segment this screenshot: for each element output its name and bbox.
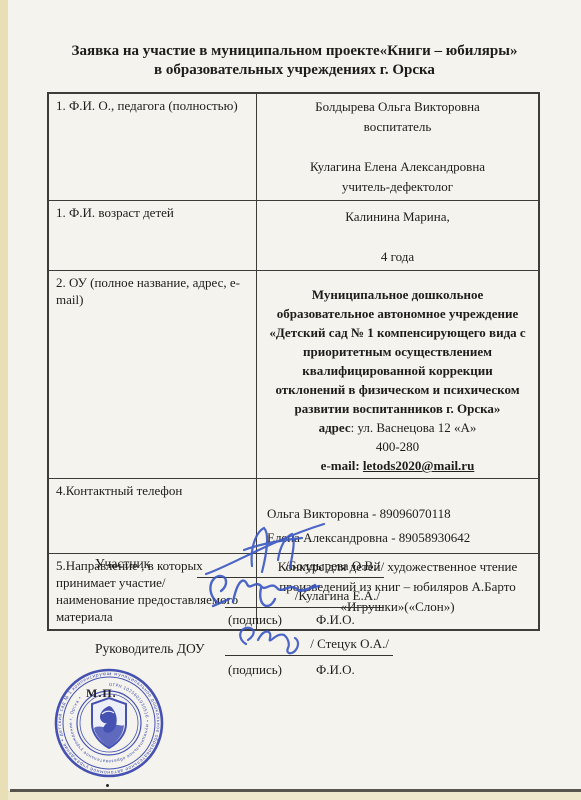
institution-phone: 400-280	[267, 437, 528, 456]
email-address: letods2020@mail.ru	[363, 458, 474, 473]
document-title: Заявка на участие в муниципальном проект…	[8, 42, 581, 80]
pedagog-name-2: Кулагина Елена Александровна	[267, 157, 528, 177]
director-label: Руководитель ДОУ	[95, 641, 205, 657]
institution-name: Муниципальное дошкольное образовательное…	[267, 285, 528, 418]
fio-label-2: Ф.И.О.	[316, 662, 355, 678]
ink-dot	[106, 784, 109, 787]
official-round-stamp: • муниципальное дошкольное образовательн…	[50, 664, 168, 782]
blank-line	[267, 137, 528, 157]
title-line-1: Заявка на участие в муниципальном проект…	[8, 42, 581, 61]
participant-signature-line-2: /Кулагина Е.А./	[225, 588, 384, 608]
pedagog-role-2: учитель-дефектолог	[267, 177, 528, 197]
row-label-pedagog: 1. Ф.И. О., педагога (полностью)	[49, 94, 257, 200]
participant1-name: /Болдырева О.В./	[285, 558, 380, 573]
row-label-children: 1. Ф.И. возраст детей	[49, 201, 257, 270]
row-value-institution: Муниципальное дошкольное образовательное…	[257, 271, 538, 478]
application-table: 1. Ф.И. О., педагога (полностью) Болдыре…	[47, 92, 540, 631]
participant2-name: /Кулагина Е.А./	[295, 588, 380, 603]
title-line-2: в образовательных учреждениях г. Орска	[8, 61, 581, 80]
table-row-children: 1. Ф.И. возраст детей Калинина Марина, 4…	[49, 201, 538, 271]
director-name: / Стецук О.А./	[310, 636, 389, 651]
participant-label: Участник	[95, 556, 150, 572]
fio-label-1: Ф.И.О.	[316, 612, 355, 628]
podpis-label-2: (подпись)	[228, 662, 282, 678]
contact-phone-2: Елена Александровна - 89058930642	[267, 526, 528, 550]
row-value-phone: Ольга Викторовна - 89096070118 Елена Але…	[257, 479, 538, 553]
pedagog-role-1: воспитатель	[267, 117, 528, 137]
row-value-children: Калинина Марина, 4 года	[257, 201, 538, 270]
child-age: 4 года	[267, 247, 528, 267]
row-label-institution: 2. ОУ (полное название, адрес, e-mail)	[49, 271, 257, 478]
director-signature-line: / Стецук О.А./	[225, 636, 393, 656]
mp-place-of-seal-label: М.П.	[86, 686, 117, 701]
table-row-institution: 2. ОУ (полное название, адрес, e-mail) М…	[49, 271, 538, 479]
scanned-application-document: { "title": { "line1": "Заявка на участие…	[0, 0, 581, 800]
pedagog-name-1: Болдырева Ольга Викторовна	[267, 97, 528, 117]
scanner-background	[8, 792, 581, 800]
contact-phone-1: Ольга Викторовна - 89096070118	[267, 502, 528, 526]
institution-email: e-mail: letods2020@mail.ru	[267, 456, 528, 475]
direction-label-2: наименование предоставляемого материала	[56, 592, 238, 624]
email-label: e-mail:	[321, 458, 360, 473]
podpis-label-1: (подпись)	[228, 612, 282, 628]
address-label: адрес	[319, 420, 351, 435]
row-label-phone: 4.Контактный телефон	[49, 479, 257, 553]
address-value: : ул. Васнецова 12 «А»	[351, 420, 477, 435]
institution-address: адрес: ул. Васнецова 12 «А»	[267, 418, 528, 437]
blank-line	[267, 227, 528, 247]
participant-signature-line-1: /Болдырева О.В./	[197, 558, 384, 578]
table-row-pedagog: 1. Ф.И. О., педагога (полностью) Болдыре…	[49, 94, 538, 201]
row-value-pedagog: Болдырева Ольга Викторовна воспитатель К…	[257, 94, 538, 200]
stamp-shield-emblem	[92, 698, 126, 748]
contact-phones: Ольга Викторовна - 89096070118 Елена Але…	[267, 502, 528, 550]
table-row-phone: 4.Контактный телефон Ольга Викторовна - …	[49, 479, 538, 554]
child-name: Калинина Марина,	[267, 207, 528, 227]
